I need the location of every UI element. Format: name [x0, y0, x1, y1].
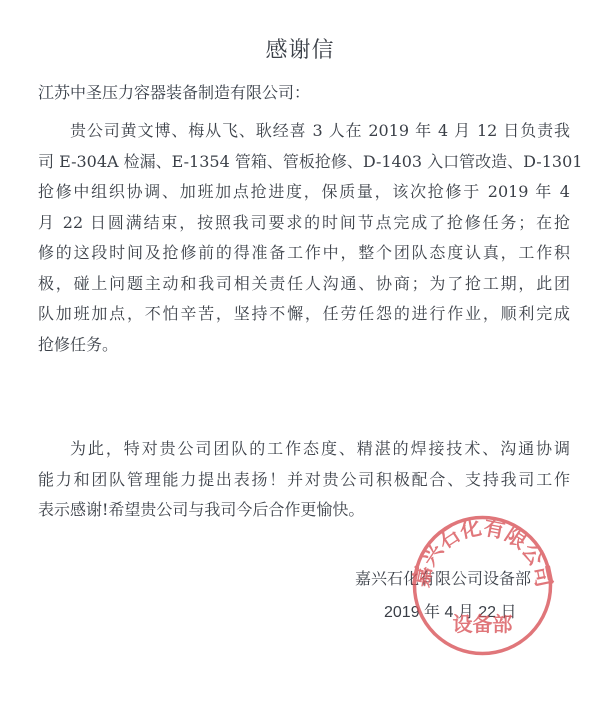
salutation: 江苏中圣压力容器装备制造有限公司：	[38, 80, 310, 103]
letter-title: 感谢信	[0, 33, 600, 64]
paragraph-line: 司 E-304A 检漏、E-1354 管箱、管板抢修、D-1403 入口管改造、…	[38, 147, 570, 178]
paragraph-line: 队加班加点，不怕辛苦，坚持不懈，任劳任怨的进行作业，顺利完成	[38, 299, 570, 330]
company-seal-stamp: 嘉兴石化有限公司 设备部	[410, 513, 555, 658]
svg-text:嘉兴石化有限公司: 嘉兴石化有限公司	[410, 515, 555, 589]
paragraph-line: 极，碰上问题主动和我司相关责任人沟通、协商；为了抢工期，此团	[38, 269, 570, 300]
paragraph-line: 抢修任务。	[38, 330, 570, 361]
paragraph-line: 能力和团队管理能力提出表扬！并对贵公司积极配合、支持我司工作	[38, 465, 570, 496]
paragraph-line: 抢修中组织协调、加班加点抢进度，保质量，该次抢修于 2019 年 4	[38, 177, 570, 208]
paragraph-line: 贵公司黄文博、梅从飞、耿经喜 3 人在 2019 年 4 月 12 日负责我	[38, 116, 570, 147]
paragraph-line: 修的这段时间及抢修前的得准备工作中，整个团队态度认真，工作积	[38, 238, 570, 269]
paragraph-line: 为此，特对贵公司团队的工作态度、精湛的焊接技术、沟通协调	[38, 434, 570, 465]
stamp-inner-text: 设备部	[453, 612, 513, 636]
paragraph-line: 月 22 日圆满结束，按照我司要求的时间节点完成了抢修任务；在抢	[38, 208, 570, 239]
body-paragraph-1: 贵公司黄文博、梅从飞、耿经喜 3 人在 2019 年 4 月 12 日负责我 司…	[38, 116, 570, 360]
stamp-outer-text: 嘉兴石化有限公司	[410, 515, 555, 589]
body-paragraph-2: 为此，特对贵公司团队的工作态度、精湛的焊接技术、沟通协调 能力和团队管理能力提出…	[38, 434, 570, 526]
